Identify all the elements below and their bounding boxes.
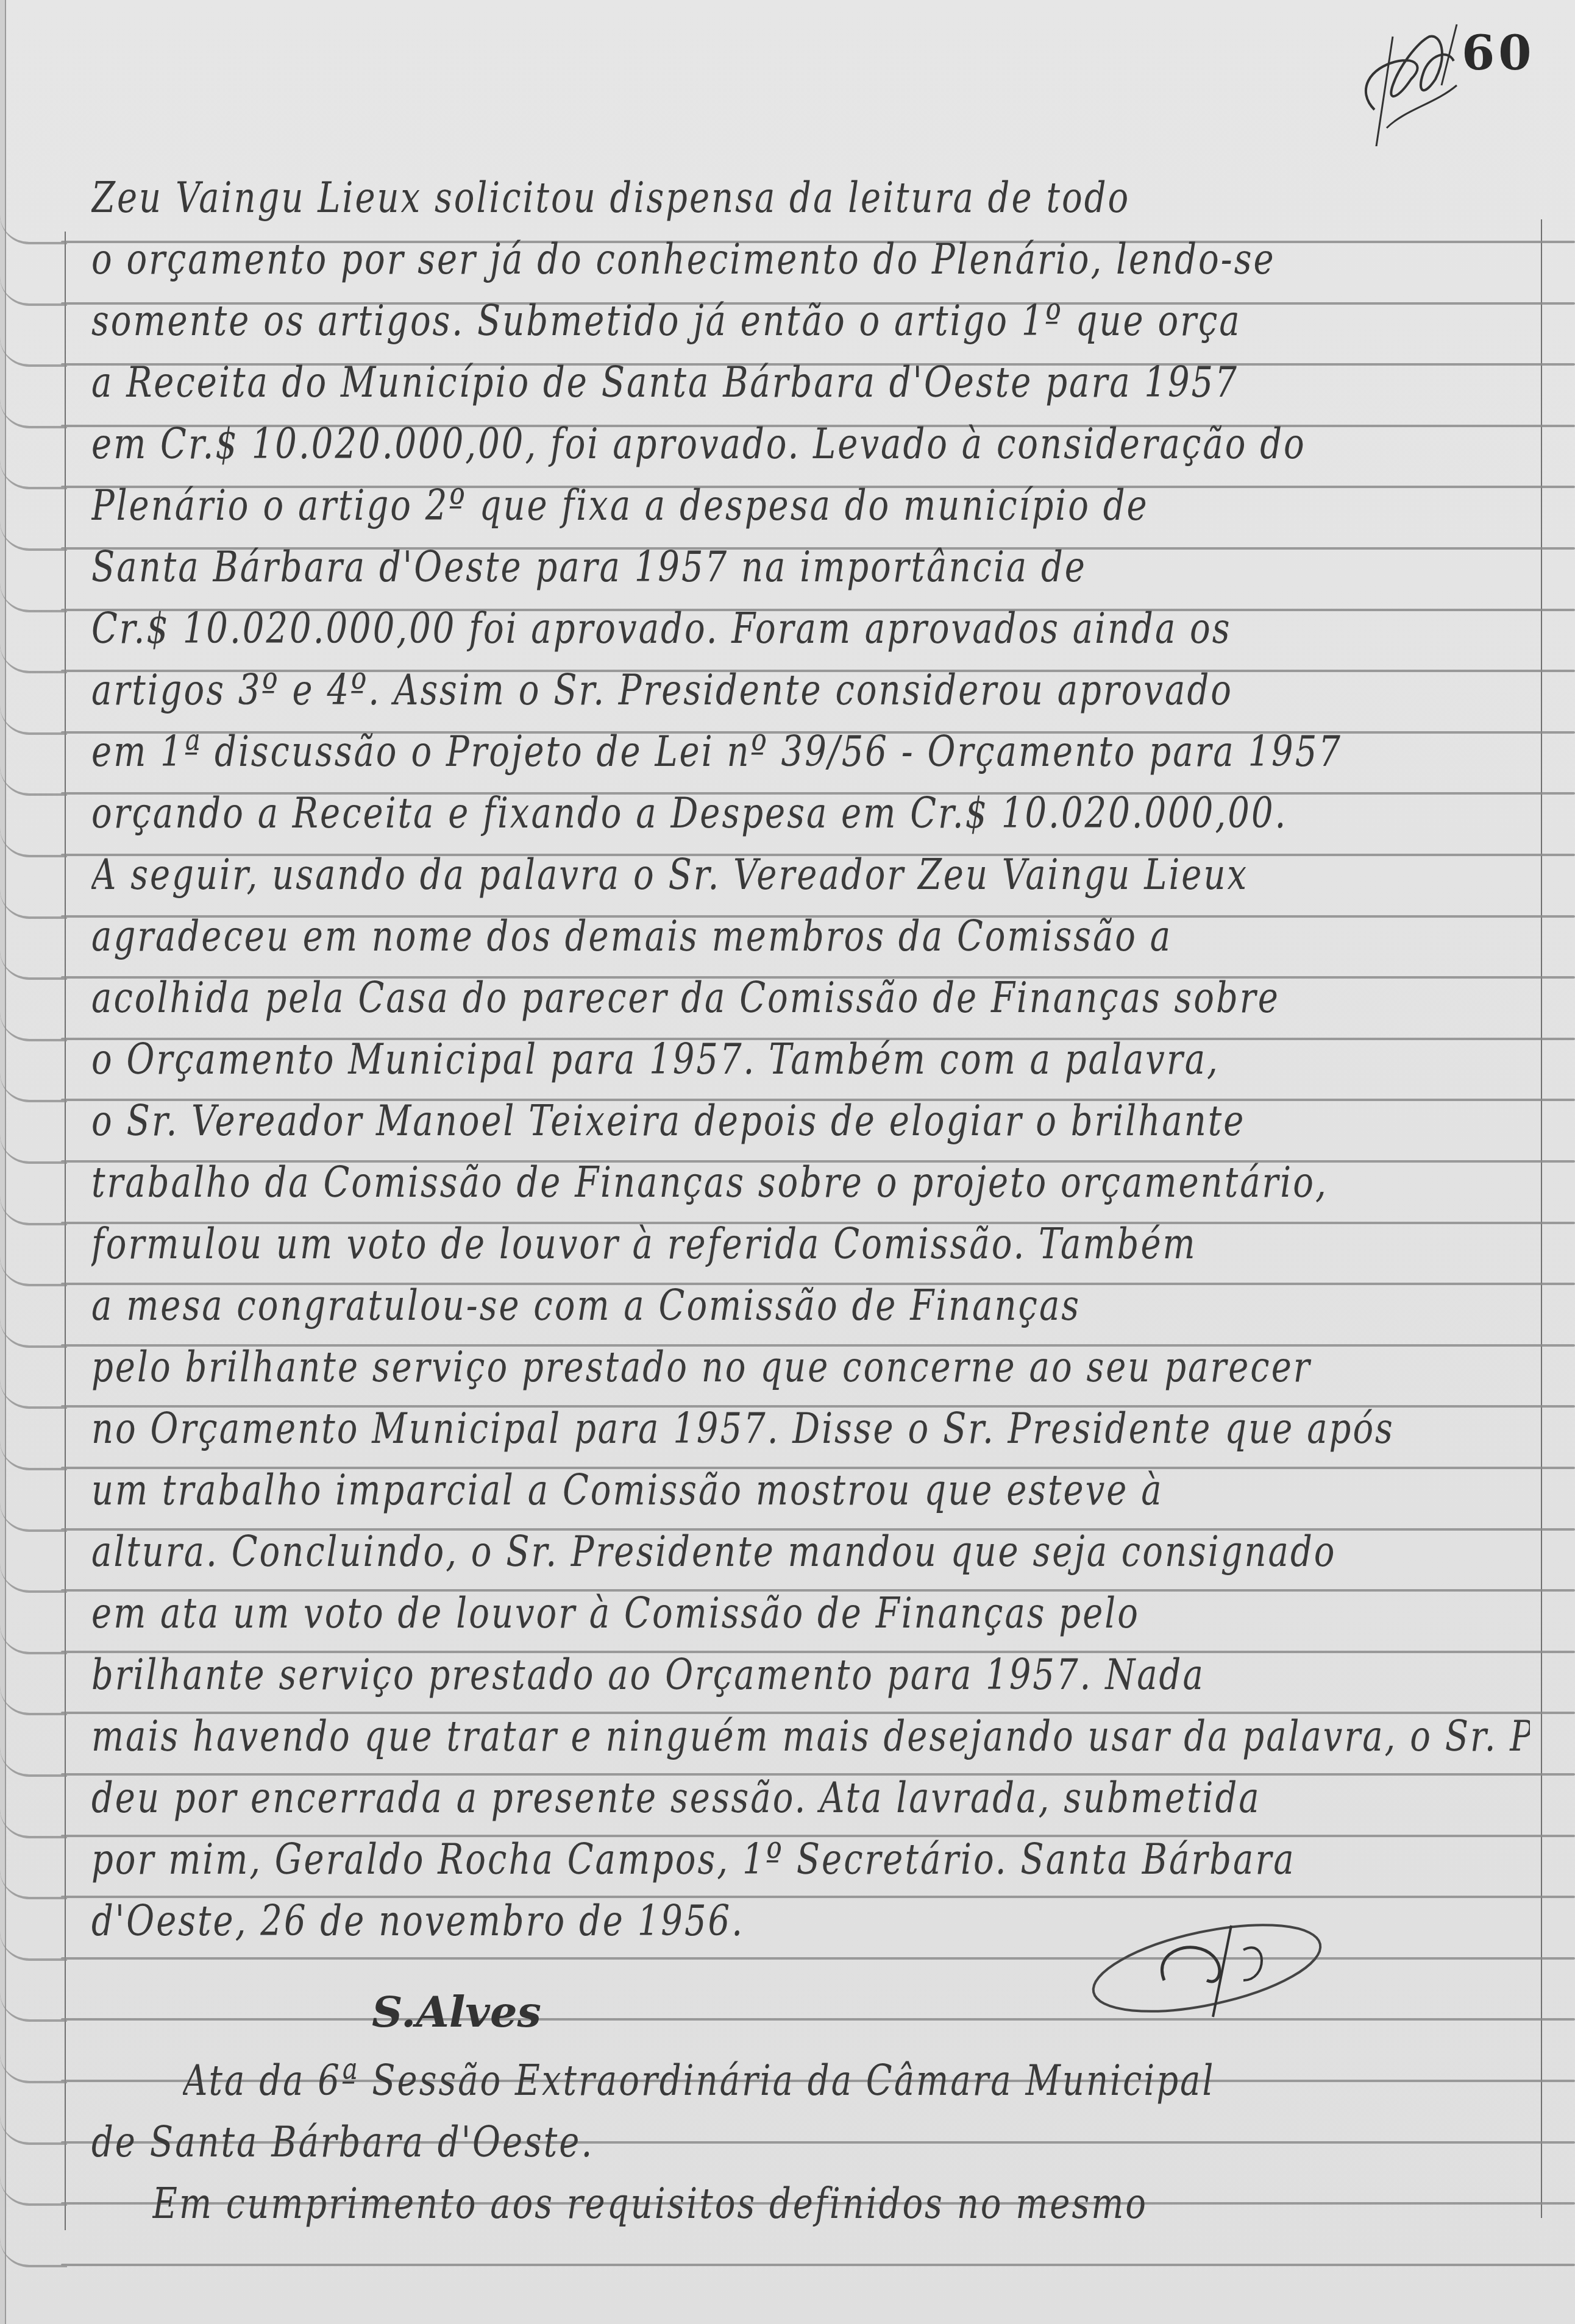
page-number: 60 (1462, 26, 1535, 81)
handwritten-line: a mesa congratulou-se com a Comissão de … (91, 1281, 1530, 1330)
handwritten-line: agradeceu em nome dos demais membros da … (91, 912, 1530, 961)
handwritten-line: um trabalho imparcial a Comissão mostrou… (91, 1465, 1530, 1515)
handwritten-line: por mim, Geraldo Rocha Campos, 1º Secret… (91, 1835, 1530, 1884)
handwritten-line: Santa Bárbara d'Oeste para 1957 na impor… (91, 542, 1530, 592)
handwritten-line: altura. Concluindo, o Sr. Presidente man… (91, 1527, 1530, 1576)
handwritten-line: somente os artigos. Submetido já então o… (91, 296, 1530, 345)
handwritten-line: brilhante serviço prestado ao Orçamento … (91, 1650, 1530, 1699)
handwritten-line: em Cr.$ 10.020.000,00, foi aprovado. Lev… (91, 419, 1530, 469)
handwritten-line: o orçamento por ser já do conhecimento d… (91, 235, 1530, 284)
ruled-line (61, 1957, 1575, 1960)
handwritten-line: em 1ª discussão o Projeto de Lei nº 39/5… (91, 727, 1530, 776)
handwritten-line: orçando a Receita e fixando a Despesa em… (91, 788, 1530, 838)
handwritten-line: o Orçamento Municipal para 1957. Também … (91, 1035, 1530, 1084)
handwritten-line: artigos 3º e 4º. Assim o Sr. Presidente … (91, 665, 1530, 715)
ruled-line (61, 2018, 1575, 2021)
handwritten-line: Em cumprimento aos requisitos definidos … (152, 2179, 1575, 2228)
handwritten-line: deu por encerrada a presente sessão. Ata… (91, 1773, 1530, 1823)
handwritten-line: trabalho da Comissão de Finanças sobre o… (91, 1158, 1530, 1207)
handwritten-line: a Receita do Município de Santa Bárbara … (91, 358, 1530, 407)
document-page: 60 Zeu Vaingu Lieux solicitou dispensa d… (0, 0, 1575, 2324)
rubric-signature-icon (1350, 18, 1472, 146)
handwritten-line: o Sr. Vereador Manoel Teixeira depois de… (91, 1096, 1530, 1146)
handwritten-line: Cr.$ 10.020.000,00 foi aprovado. Foram a… (91, 604, 1530, 653)
handwritten-line: Plenário o artigo 2º que fixa a despesa … (91, 481, 1530, 530)
secretary-signature: S.Alves (372, 1986, 541, 2037)
ruled-line (61, 2264, 1575, 2266)
handwritten-line: de Santa Bárbara d'Oeste. (91, 2117, 1530, 2167)
handwritten-line: Zeu Vaingu Lieux solicitou dispensa da l… (91, 173, 1530, 222)
right-margin-rule (1541, 219, 1542, 2218)
handwritten-line: A seguir, usando da palavra o Sr. Veread… (91, 850, 1530, 899)
handwritten-line: Ata da 6ª Sessão Extraordinária da Câmar… (183, 2056, 1575, 2105)
handwritten-line: formulou um voto de louvor à referida Co… (91, 1219, 1530, 1269)
president-signature-icon (1073, 1913, 1329, 2023)
handwritten-line: no Orçamento Municipal para 1957. Disse … (91, 1404, 1530, 1453)
handwritten-line: acolhida pela Casa do parecer da Comissã… (91, 973, 1530, 1022)
handwritten-line: pelo brilhante serviço prestado no que c… (91, 1342, 1530, 1392)
handwritten-line: mais havendo que tratar e ninguém mais d… (91, 1712, 1530, 1761)
handwritten-line: em ata um voto de louvor à Comissão de F… (91, 1589, 1530, 1638)
